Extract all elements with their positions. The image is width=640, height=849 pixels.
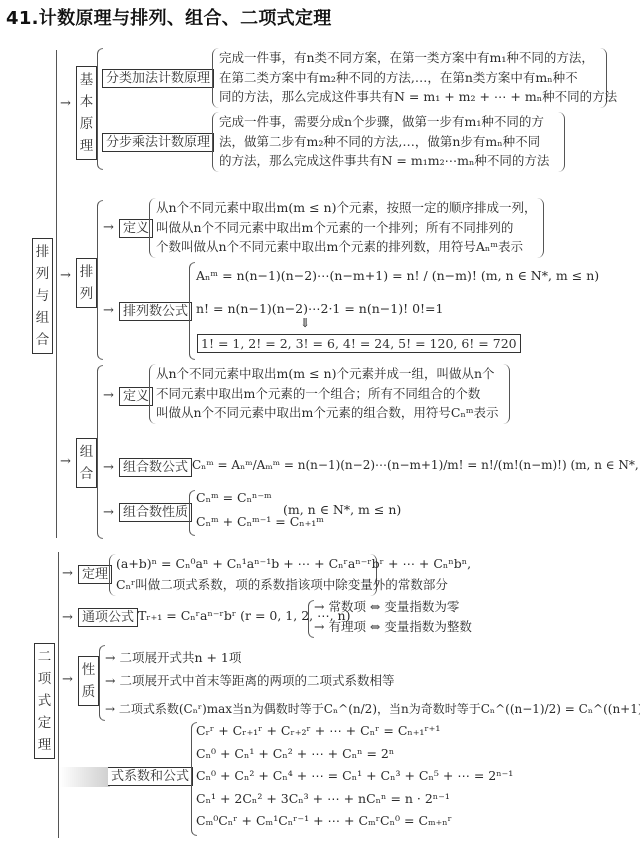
- property-item-3: → 二项式系数(Cₙʳ)max当n为偶数时等于Cₙ^(n/2)，当n为奇数时等于…: [105, 700, 640, 720]
- section2-brace: [58, 552, 59, 838]
- text-line: 个数叫做从n个不同元素中取出m个元素的排列数，用符号Aₙᵐ表示: [156, 237, 536, 257]
- arrow-icon: →: [60, 96, 71, 111]
- permutation-label: 排列: [76, 258, 97, 308]
- paren-left: [149, 198, 156, 258]
- property-item-2: → 二项展开式中首末等距离的两项的二项式系数相等: [105, 671, 394, 691]
- text-line: 叫做从n个不同元素中取出m个元素的组合数，用符号Cₙᵐ表示: [156, 403, 499, 423]
- property-condition: (m, n ∈ N*, m ≤ n): [283, 500, 401, 520]
- sum-formula-list: Cᵣʳ + Cᵣ₊₁ʳ + Cᵣ₊₂ʳ + ⋯ + Cₙʳ = Cₙ₊₁ʳ⁺¹ …: [196, 720, 513, 833]
- text-line: 法，做第二步有m₂种不同的方法,…，做第n步有mₙ种不同: [219, 132, 549, 152]
- coefficient-sum-box: 式系数和公式: [108, 767, 193, 786]
- page-title: 41.计数原理与排列、组合、二项式定理: [6, 4, 332, 30]
- property-brace: [189, 490, 195, 536]
- text-line: 从n个不同元素中取出m(m ≤ n)个元素并成一组，叫做从n个: [156, 364, 499, 384]
- paren-left: [212, 112, 219, 172]
- combination-text: 组合: [79, 441, 94, 485]
- sum-formula: Cₙ⁰ + Cₙ¹ + Cₙ² + ⋯ + Cₙⁿ = 2ⁿ: [196, 743, 513, 766]
- section1-brace: [56, 50, 57, 538]
- addition-principle-text: 完成一件事，有n类不同方案，在第一类方案中有m₁种不同的方法， 在第二类方案中有…: [219, 48, 617, 107]
- paren-left: [109, 554, 116, 596]
- combination-formula: Cₙᵐ = Aₙᵐ/Aₘᵐ = n(n−1)(n−2)⋯(n−m+1)/m! =…: [192, 456, 640, 476]
- section2-label-text: 二项式定理: [37, 646, 52, 756]
- text-line: 叫做从n个不同元素中取出m个元素的一个排列；所有不同排列的: [156, 218, 536, 238]
- permutation-formula-box: 排列数公式: [119, 302, 192, 321]
- combination-label: 组合: [76, 438, 97, 488]
- multiplication-principle-text: 完成一件事，需要分成n个步骤，做第一步有m₁种不同的方 法，做第二步有m₂种不同…: [219, 112, 549, 171]
- paren-right: [558, 112, 565, 172]
- text-line: 完成一件事，有n类不同方案，在第一类方案中有m₁种不同的方法，: [219, 48, 617, 68]
- properties-text: 性质: [81, 659, 96, 703]
- combination-property-box: 组合数性质: [119, 503, 192, 522]
- arrow-icon: →: [103, 220, 114, 235]
- arrow-icon: →: [103, 303, 114, 318]
- properties-label: 性质: [78, 656, 99, 706]
- section2-label: 二项式定理: [34, 643, 55, 759]
- paren-left: [212, 48, 219, 108]
- text-line: 的方法，那么完成这件事共有N = m₁m₂⋯mₙ种不同的方法: [219, 151, 549, 171]
- combination-formula-box: 组合数公式: [119, 458, 192, 477]
- sum-formula: Cₘ⁰Cₙʳ + Cₘ¹Cₙʳ⁻¹ + ⋯ + CₘʳCₙ⁰ = Cₘ₊ₙʳ: [196, 810, 513, 833]
- property-formula-1: Cₙᵐ = Cₙⁿ⁻ᵐ: [196, 488, 272, 508]
- text-line: 同的方法，那么完成这件事共有N = m₁ + m₂ + ⋯ + mₙ种不同的方法: [219, 87, 617, 107]
- property-item-1: → 二项展开式共n + 1项: [105, 648, 241, 668]
- addition-principle-box: 分类加法计数原理: [102, 69, 214, 88]
- permutation-definition-box: 定义: [119, 219, 153, 238]
- paren-right: [537, 198, 544, 258]
- arrow-icon: →: [103, 388, 114, 403]
- arrow-icon: →: [60, 268, 71, 283]
- combination-definition-text: 从n个不同元素中取出m(m ≤ n)个元素并成一组，叫做从n个 不同元素中取出m…: [156, 364, 499, 423]
- general-term-box: 通项公式: [78, 608, 138, 627]
- arrow-icon: →: [103, 505, 114, 520]
- combination-definition-box: 定义: [119, 387, 153, 406]
- rational-term-item: → 有理项 ⇔ 变量指数为整数: [314, 617, 472, 637]
- binomial-coefficient-note: Cₙʳ叫做二项式系数，项的系数指该项中除变量外的常数部分: [116, 575, 448, 595]
- arrow-icon: →: [60, 454, 71, 469]
- theorem-box: 定理: [78, 565, 112, 584]
- constant-term-item: → 常数项 ⇔ 变量指数为零: [314, 597, 459, 617]
- text-line: 不同元素中取出m个元素的一个组合；所有不同组合的个数: [156, 384, 499, 404]
- basic-principle-label: 基本原理: [76, 66, 97, 160]
- text-line: 在第二类方案中有m₂种不同的方法,…，在第n类方案中有mₙ种不: [219, 68, 617, 88]
- down-arrow-icon: ⇓: [300, 313, 310, 333]
- sum-formula: Cᵣʳ + Cᵣ₊₁ʳ + Cᵣ₊₂ʳ + ⋯ + Cₙʳ = Cₙ₊₁ʳ⁺¹: [196, 720, 513, 743]
- text-line: 从n个不同元素中取出m(m ≤ n)个元素，按照一定的顺序排成一列，: [156, 198, 536, 218]
- section1-label-text: 排列与组合: [35, 241, 50, 351]
- formula-brace: [189, 262, 195, 360]
- factorial-formula: n! = n(n−1)(n−2)⋯2·1 = n(n−1)! 0!=1: [196, 299, 444, 319]
- paren-left: [149, 364, 156, 424]
- section1-label: 排列与组合: [32, 238, 53, 354]
- basic-principle-text: 基本原理: [79, 69, 94, 157]
- arrow-icon: →: [62, 566, 73, 581]
- binomial-expansion: (a+b)ⁿ = Cₙ⁰aⁿ + Cₙ¹aⁿ⁻¹b + ⋯ + Cₙʳaⁿ⁻ʳb…: [116, 554, 471, 574]
- permutation-text: 排列: [79, 261, 94, 305]
- label-fade-overlay: [60, 767, 110, 787]
- sum-formula: Cₙ⁰ + Cₙ² + Cₙ⁴ + ⋯ = Cₙ¹ + Cₙ³ + Cₙ⁵ + …: [196, 765, 513, 788]
- permutation-formula-1: Aₙᵐ = n(n−1)(n−2)⋯(n−m+1) = n! / (n−m)! …: [196, 266, 599, 286]
- paren-right: [503, 364, 510, 424]
- arrow-icon: →: [62, 672, 73, 687]
- sum-formula: Cₙ¹ + 2Cₙ² + 3Cₙ³ + ⋯ + nCₙⁿ = n · 2ⁿ⁻¹: [196, 788, 513, 811]
- text-line: 完成一件事，需要分成n个步骤，做第一步有m₁种不同的方: [219, 112, 549, 132]
- arrow-icon: →: [103, 460, 114, 475]
- arrow-icon: →: [62, 610, 73, 625]
- multiplication-principle-box: 分步乘法计数原理: [102, 133, 214, 152]
- permutation-definition-text: 从n个不同元素中取出m(m ≤ n)个元素，按照一定的顺序排成一列， 叫做从n个…: [156, 198, 536, 257]
- factorial-values-box: 1! = 1, 2! = 2, 3! = 6, 4! = 24, 5! = 12…: [197, 334, 521, 353]
